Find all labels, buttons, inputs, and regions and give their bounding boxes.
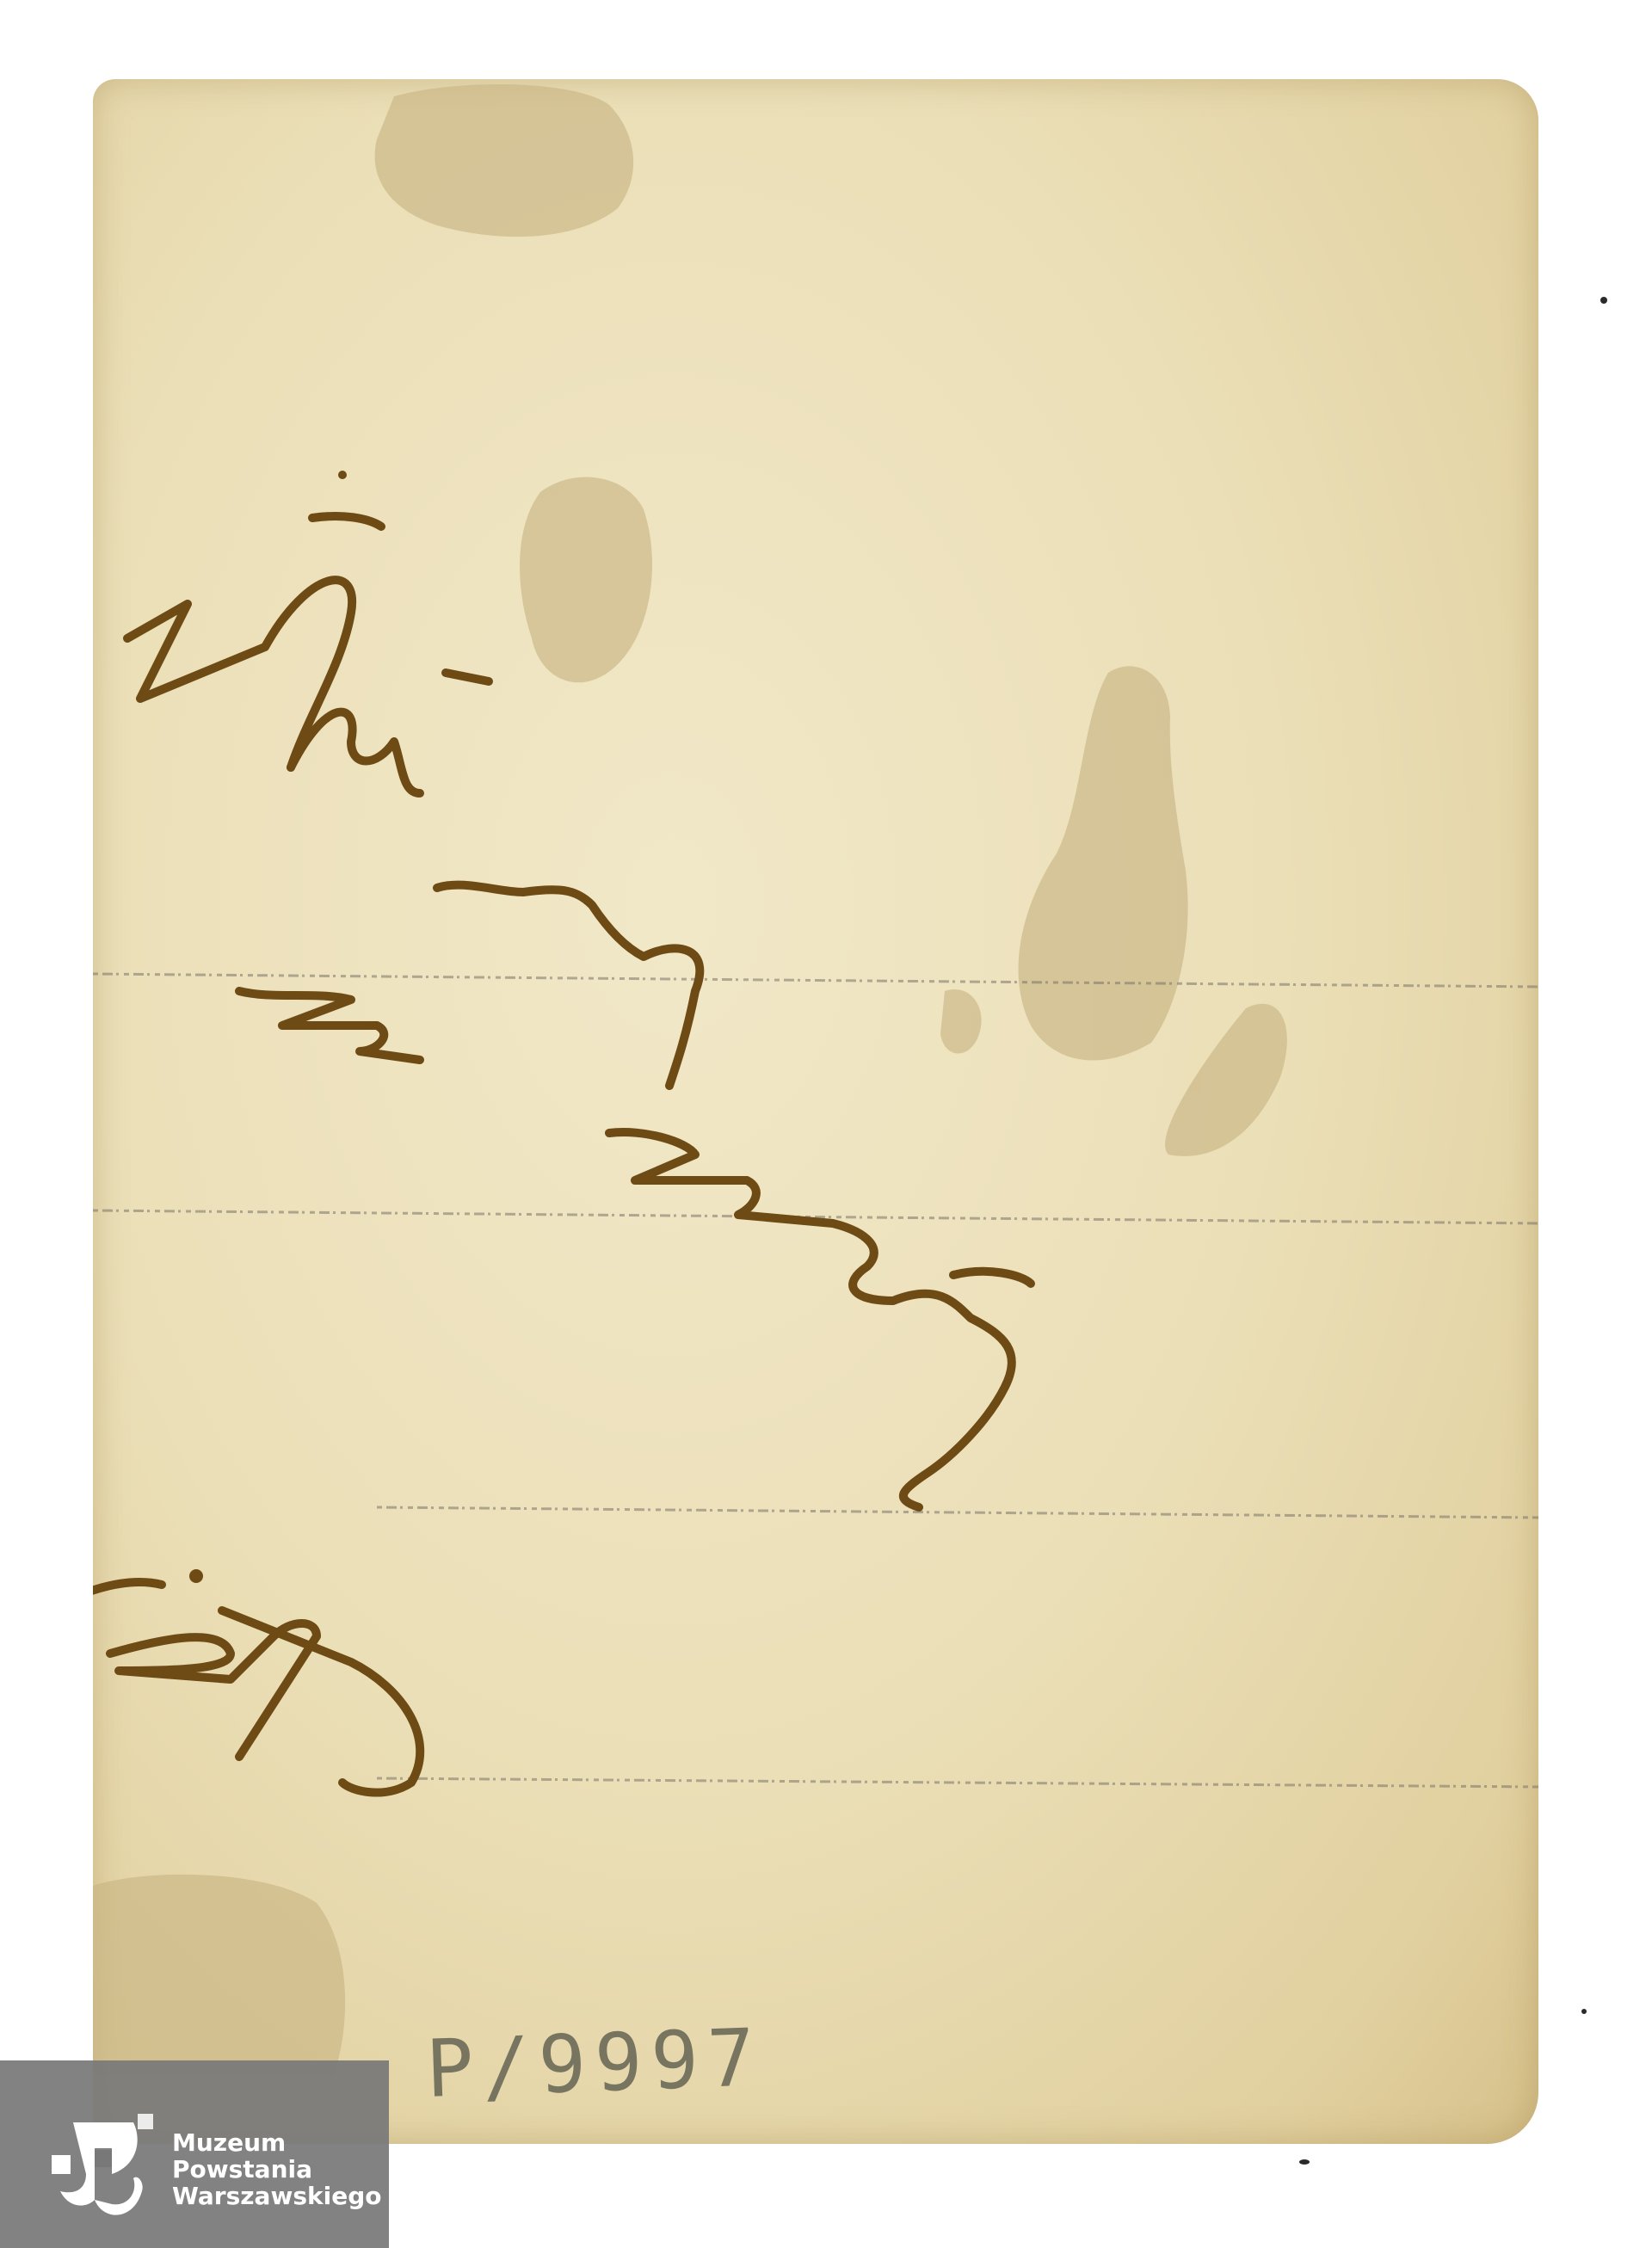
photo-card-reverse — [93, 79, 1538, 2144]
printed-guide-lines — [93, 974, 1538, 1787]
dust-speck — [1581, 2009, 1587, 2014]
dust-speck — [1600, 297, 1607, 304]
handwritten-inscription — [93, 516, 1031, 1793]
card-artwork — [93, 79, 1538, 2144]
kotwica-logo-icon — [52, 2114, 155, 2222]
dust-speck — [1299, 2159, 1310, 2165]
museum-watermark: Muzeum Powstania Warszawskiego — [0, 2060, 389, 2248]
museum-name: Muzeum Powstania Warszawskiego — [172, 2129, 381, 2209]
water-stains — [93, 84, 1287, 2075]
inventory-number: P/9997 — [424, 2011, 765, 2116]
